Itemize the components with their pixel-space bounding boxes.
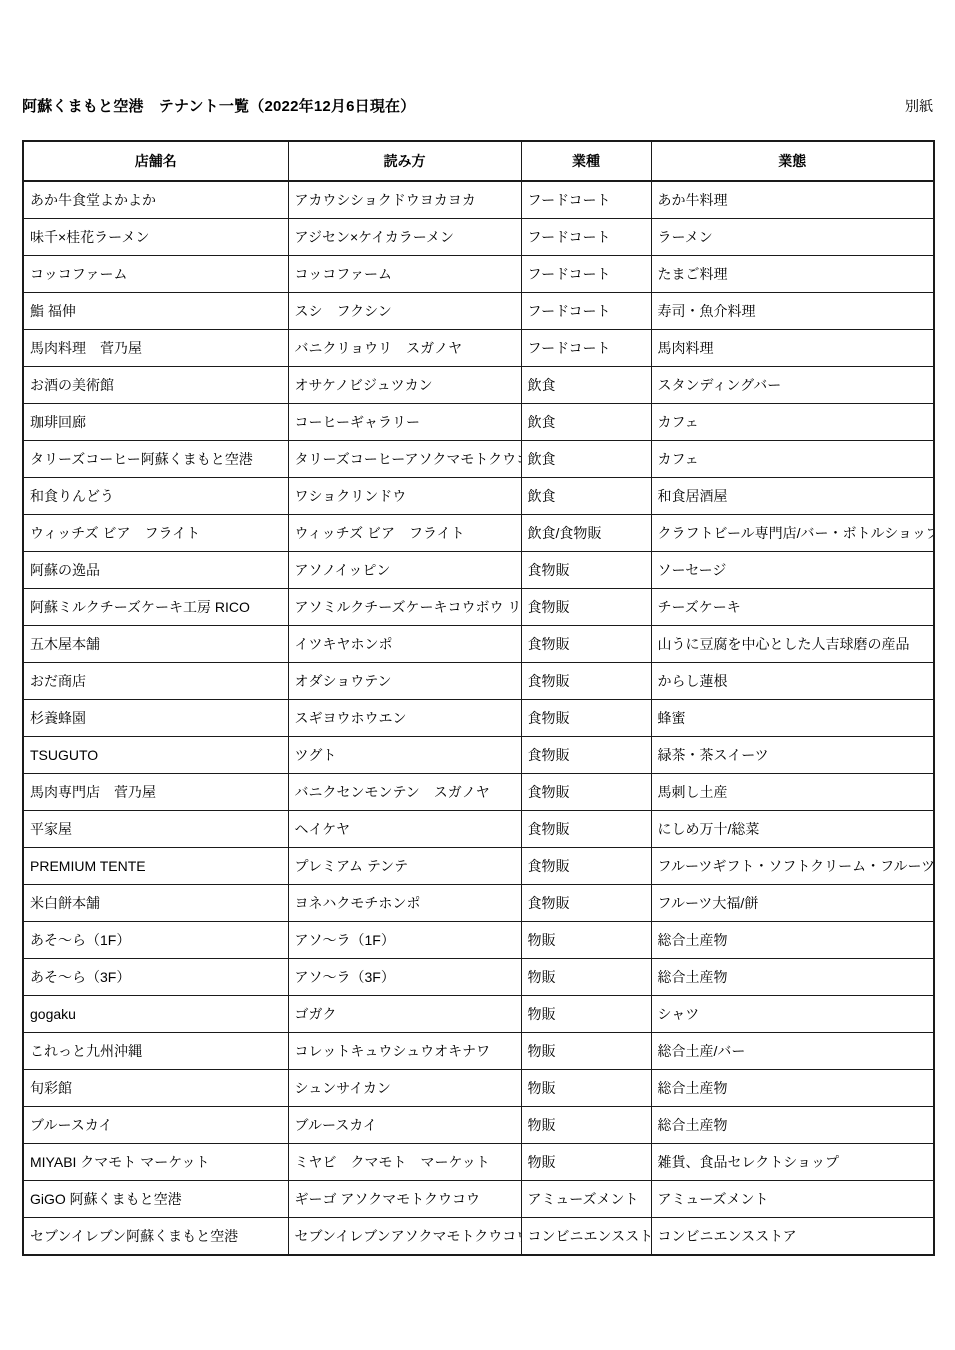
cell-reading: ギーゴ アソクマモトクウコウ	[288, 1181, 521, 1218]
cell-shop-name: 杉養蜂園	[23, 700, 288, 737]
header-row: 店舗名 読み方 業種 業態	[23, 141, 934, 181]
cell-business-type: 総合土産物	[651, 959, 934, 996]
cell-industry: 物販	[521, 959, 651, 996]
cell-reading: タリーズコーヒーアソクマモトクウコウ	[288, 441, 521, 478]
cell-business-type: 馬肉料理	[651, 330, 934, 367]
page-title: 阿蘇くまもと空港 テナント一覧（2022年12月6日現在）	[22, 95, 415, 116]
table-row: 鮨 福伸スシ フクシンフードコート寿司・魚介料理	[23, 293, 934, 330]
cell-business-type: 雑貨、食品セレクトショップ	[651, 1144, 934, 1181]
table-row: 阿蘇ミルクチーズケーキ工房 RICOアソミルクチーズケーキコウボウ リコ食物販チ…	[23, 589, 934, 626]
table-row: タリーズコーヒー阿蘇くまもと空港タリーズコーヒーアソクマモトクウコウ飲食カフェ	[23, 441, 934, 478]
cell-shop-name: セブンイレブン阿蘇くまもと空港	[23, 1218, 288, 1256]
cell-shop-name: コッコファーム	[23, 256, 288, 293]
cell-business-type: スタンディングバー	[651, 367, 934, 404]
cell-shop-name: 馬肉料理 菅乃屋	[23, 330, 288, 367]
cell-reading: イツキヤホンポ	[288, 626, 521, 663]
cell-business-type: たまご料理	[651, 256, 934, 293]
cell-business-type: あか牛料理	[651, 181, 934, 219]
cell-shop-name: gogaku	[23, 996, 288, 1033]
table-row: おだ商店オダショウテン食物販からし蓮根	[23, 663, 934, 700]
cell-business-type: 総合土産物	[651, 922, 934, 959]
cell-shop-name: 和食りんどう	[23, 478, 288, 515]
cell-industry: 物販	[521, 996, 651, 1033]
table-row: 馬肉料理 菅乃屋バニクリョウリ スガノヤフードコート馬肉料理	[23, 330, 934, 367]
cell-business-type: カフェ	[651, 441, 934, 478]
cell-reading: アジセン×ケイカラーメン	[288, 219, 521, 256]
cell-reading: ウィッチズ ビア フライト	[288, 515, 521, 552]
cell-shop-name: これっと九州沖縄	[23, 1033, 288, 1070]
cell-industry: コンビニエンスストア	[521, 1218, 651, 1256]
cell-business-type: クラフトビール専門店/バー・ボトルショップ	[651, 515, 934, 552]
cell-reading: バニクリョウリ スガノヤ	[288, 330, 521, 367]
cell-reading: ワショクリンドウ	[288, 478, 521, 515]
cell-industry: フードコート	[521, 330, 651, 367]
table-row: 馬肉専門店 菅乃屋バニクセンモンテン スガノヤ食物販馬刺し土産	[23, 774, 934, 811]
cell-reading: ブルースカイ	[288, 1107, 521, 1144]
cell-business-type: アミューズメント	[651, 1181, 934, 1218]
cell-business-type: ソーセージ	[651, 552, 934, 589]
column-header-industry: 業種	[521, 141, 651, 181]
table-row: あそ～ら（1F）アソ～ラ（1F）物販総合土産物	[23, 922, 934, 959]
cell-reading: セブンイレブンアソクマモトクウコウ	[288, 1218, 521, 1256]
cell-industry: 食物販	[521, 589, 651, 626]
tenant-table-header: 店舗名 読み方 業種 業態	[23, 141, 934, 181]
cell-industry: 飲食	[521, 441, 651, 478]
cell-shop-name: 鮨 福伸	[23, 293, 288, 330]
cell-industry: フードコート	[521, 256, 651, 293]
cell-industry: 食物販	[521, 811, 651, 848]
cell-reading: オサケノビジュツカン	[288, 367, 521, 404]
cell-reading: スシ フクシン	[288, 293, 521, 330]
cell-reading: コッコファーム	[288, 256, 521, 293]
cell-shop-name: MIYABI クマモト マーケット	[23, 1144, 288, 1181]
cell-shop-name: 阿蘇の逸品	[23, 552, 288, 589]
table-row: 米白餅本舗ヨネハクモチホンポ食物販フルーツ大福/餅	[23, 885, 934, 922]
cell-industry: 食物販	[521, 885, 651, 922]
cell-reading: ミヤビ クマモト マーケット	[288, 1144, 521, 1181]
table-row: お酒の美術館オサケノビジュツカン飲食スタンディングバー	[23, 367, 934, 404]
cell-industry: 物販	[521, 1107, 651, 1144]
cell-industry: 物販	[521, 1033, 651, 1070]
cell-shop-name: 珈琲回廊	[23, 404, 288, 441]
table-row: 和食りんどうワショクリンドウ飲食和食居酒屋	[23, 478, 934, 515]
cell-business-type: コンビニエンスストア	[651, 1218, 934, 1256]
cell-shop-name: 馬肉専門店 菅乃屋	[23, 774, 288, 811]
table-row: MIYABI クマモト マーケットミヤビ クマモト マーケット物販雑貨、食品セレ…	[23, 1144, 934, 1181]
table-row: セブンイレブン阿蘇くまもと空港セブンイレブンアソクマモトクウコウコンビニエンスス…	[23, 1218, 934, 1256]
table-row: これっと九州沖縄コレットキュウシュウオキナワ物販総合土産/バー	[23, 1033, 934, 1070]
cell-business-type: 和食居酒屋	[651, 478, 934, 515]
cell-industry: 物販	[521, 922, 651, 959]
cell-shop-name: ウィッチズ ビア フライト	[23, 515, 288, 552]
table-row: あか牛食堂よかよかアカウシショクドウヨカヨカフードコートあか牛料理	[23, 181, 934, 219]
cell-industry: 飲食	[521, 404, 651, 441]
cell-business-type: 緑茶・茶スイーツ	[651, 737, 934, 774]
table-row: PREMIUM TENTEプレミアム テンテ食物販フルーツギフト・ソフトクリーム…	[23, 848, 934, 885]
cell-shop-name: あそ～ら（1F）	[23, 922, 288, 959]
cell-shop-name: あか牛食堂よかよか	[23, 181, 288, 219]
cell-business-type: チーズケーキ	[651, 589, 934, 626]
cell-reading: プレミアム テンテ	[288, 848, 521, 885]
cell-shop-name: 旬彩館	[23, 1070, 288, 1107]
cell-shop-name: 味千×桂花ラーメン	[23, 219, 288, 256]
tenant-table: 店舗名 読み方 業種 業態 あか牛食堂よかよかアカウシショクドウヨカヨカフードコ…	[22, 140, 935, 1256]
cell-reading: ツグト	[288, 737, 521, 774]
document-page: 阿蘇くまもと空港 テナント一覧（2022年12月6日現在） 別紙 店舗名 読み方…	[0, 0, 955, 1350]
cell-business-type: 総合土産/バー	[651, 1033, 934, 1070]
cell-shop-name: タリーズコーヒー阿蘇くまもと空港	[23, 441, 288, 478]
cell-shop-name: GiGO 阿蘇くまもと空港	[23, 1181, 288, 1218]
cell-shop-name: 阿蘇ミルクチーズケーキ工房 RICO	[23, 589, 288, 626]
cell-reading: アソミルクチーズケーキコウボウ リコ	[288, 589, 521, 626]
cell-reading: アソ～ラ（3F）	[288, 959, 521, 996]
cell-reading: コレットキュウシュウオキナワ	[288, 1033, 521, 1070]
cell-industry: 飲食	[521, 478, 651, 515]
cell-shop-name: PREMIUM TENTE	[23, 848, 288, 885]
column-header-reading: 読み方	[288, 141, 521, 181]
table-row: ウィッチズ ビア フライトウィッチズ ビア フライト飲食/食物販クラフトビール専…	[23, 515, 934, 552]
cell-reading: ヨネハクモチホンポ	[288, 885, 521, 922]
cell-reading: アカウシショクドウヨカヨカ	[288, 181, 521, 219]
cell-industry: 食物販	[521, 552, 651, 589]
cell-business-type: 総合土産物	[651, 1070, 934, 1107]
cell-reading: アソノイッピン	[288, 552, 521, 589]
table-row: gogakuゴガク物販シャツ	[23, 996, 934, 1033]
cell-reading: オダショウテン	[288, 663, 521, 700]
cell-shop-name: あそ～ら（3F）	[23, 959, 288, 996]
column-header-shop-name: 店舗名	[23, 141, 288, 181]
table-row: 旬彩館シュンサイカン物販総合土産物	[23, 1070, 934, 1107]
cell-industry: フードコート	[521, 181, 651, 219]
cell-reading: アソ～ラ（1F）	[288, 922, 521, 959]
cell-shop-name: お酒の美術館	[23, 367, 288, 404]
table-row: 珈琲回廊コーヒーギャラリー飲食カフェ	[23, 404, 934, 441]
cell-reading: ヘイケヤ	[288, 811, 521, 848]
table-row: 味千×桂花ラーメンアジセン×ケイカラーメンフードコートラーメン	[23, 219, 934, 256]
cell-industry: 食物販	[521, 737, 651, 774]
table-row: 杉養蜂園スギヨウホウエン食物販蜂蜜	[23, 700, 934, 737]
cell-business-type: からし蓮根	[651, 663, 934, 700]
cell-business-type: 総合土産物	[651, 1107, 934, 1144]
cell-shop-name: 五木屋本舗	[23, 626, 288, 663]
cell-business-type: フルーツギフト・ソフトクリーム・フルーツジュース	[651, 848, 934, 885]
table-row: あそ～ら（3F）アソ～ラ（3F）物販総合土産物	[23, 959, 934, 996]
table-row: GiGO 阿蘇くまもと空港ギーゴ アソクマモトクウコウアミューズメントアミューズ…	[23, 1181, 934, 1218]
tenant-table-body: あか牛食堂よかよかアカウシショクドウヨカヨカフードコートあか牛料理味千×桂花ラー…	[23, 181, 934, 1255]
cell-reading: シュンサイカン	[288, 1070, 521, 1107]
attachment-note: 別紙	[905, 96, 933, 116]
cell-business-type: 馬刺し土産	[651, 774, 934, 811]
cell-reading: コーヒーギャラリー	[288, 404, 521, 441]
table-row: TSUGUTOツグト食物販緑茶・茶スイーツ	[23, 737, 934, 774]
cell-industry: 食物販	[521, 626, 651, 663]
cell-industry: フードコート	[521, 219, 651, 256]
table-row: 五木屋本舗イツキヤホンポ食物販山うに豆腐を中心とした人吉球磨の産品	[23, 626, 934, 663]
cell-shop-name: 平家屋	[23, 811, 288, 848]
cell-business-type: にしめ万十/総菜	[651, 811, 934, 848]
cell-industry: 飲食/食物販	[521, 515, 651, 552]
cell-industry: 食物販	[521, 848, 651, 885]
cell-shop-name: ブルースカイ	[23, 1107, 288, 1144]
cell-business-type: 寿司・魚介料理	[651, 293, 934, 330]
cell-business-type: 山うに豆腐を中心とした人吉球磨の産品	[651, 626, 934, 663]
cell-reading: ゴガク	[288, 996, 521, 1033]
cell-industry: 飲食	[521, 367, 651, 404]
column-header-business-type: 業態	[651, 141, 934, 181]
cell-business-type: シャツ	[651, 996, 934, 1033]
cell-industry: 食物販	[521, 700, 651, 737]
cell-reading: スギヨウホウエン	[288, 700, 521, 737]
document-header: 阿蘇くまもと空港 テナント一覧（2022年12月6日現在） 別紙	[22, 95, 933, 116]
cell-industry: 食物販	[521, 774, 651, 811]
cell-business-type: 蜂蜜	[651, 700, 934, 737]
cell-business-type: ラーメン	[651, 219, 934, 256]
cell-reading: バニクセンモンテン スガノヤ	[288, 774, 521, 811]
cell-shop-name: TSUGUTO	[23, 737, 288, 774]
cell-shop-name: おだ商店	[23, 663, 288, 700]
cell-shop-name: 米白餅本舗	[23, 885, 288, 922]
cell-industry: 食物販	[521, 663, 651, 700]
cell-business-type: フルーツ大福/餅	[651, 885, 934, 922]
cell-business-type: カフェ	[651, 404, 934, 441]
cell-industry: アミューズメント	[521, 1181, 651, 1218]
cell-industry: 物販	[521, 1070, 651, 1107]
cell-industry: 物販	[521, 1144, 651, 1181]
table-row: 平家屋ヘイケヤ食物販にしめ万十/総菜	[23, 811, 934, 848]
table-row: コッコファームコッコファームフードコートたまご料理	[23, 256, 934, 293]
table-row: 阿蘇の逸品アソノイッピン食物販ソーセージ	[23, 552, 934, 589]
table-row: ブルースカイブルースカイ物販総合土産物	[23, 1107, 934, 1144]
cell-industry: フードコート	[521, 293, 651, 330]
